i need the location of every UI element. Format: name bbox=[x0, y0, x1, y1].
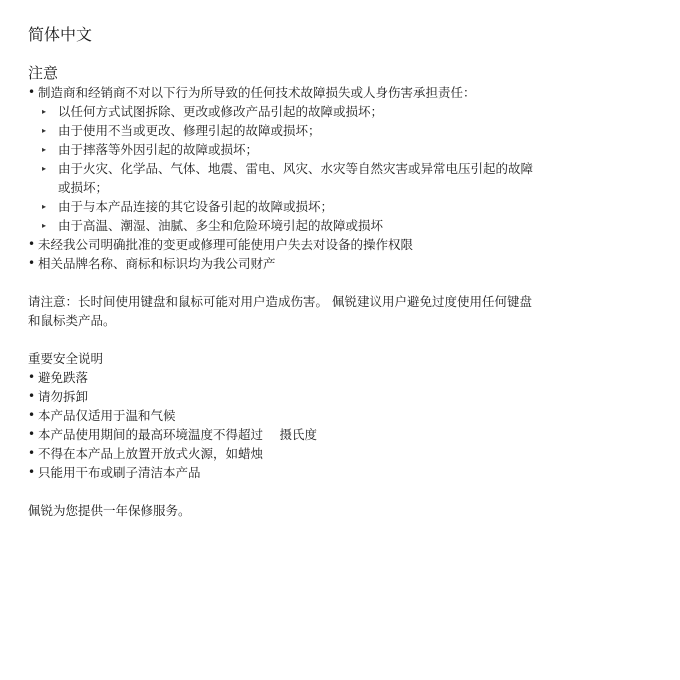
notice-item: • 制造商和经销商不对以下行为所导致的任何技术故障损失或人身伤害承担责任： bbox=[28, 83, 658, 102]
safety-item: • 本产品仅适用于温和气候 bbox=[28, 406, 658, 425]
triangle-bullet-icon: ▸ bbox=[42, 121, 58, 140]
triangle-bullet-icon: ▸ bbox=[42, 216, 58, 235]
safety-item: • 本产品使用期间的最高环境温度不得超过 摄氏度 bbox=[28, 425, 658, 444]
notice-subitem: ▸ 以任何方式试图拆除、更改或修改产品引起的故障或损坏； bbox=[28, 102, 658, 121]
notice-subitem: ▸ 由于摔落等外因引起的故障或损坏； bbox=[28, 140, 658, 159]
bullet-icon: • bbox=[28, 235, 38, 254]
bullet-icon: • bbox=[28, 368, 38, 387]
notice-subitem-continuation: 或损坏； bbox=[28, 178, 658, 197]
bullet-icon: • bbox=[28, 254, 38, 273]
safety-item: • 避免跌落 bbox=[28, 368, 658, 387]
triangle-bullet-icon: ▸ bbox=[42, 197, 58, 216]
notice-subitem: ▸ 由于高温、潮湿、油腻、多尘和危险环境引起的故障或损坏 bbox=[28, 216, 658, 235]
warranty-text: 佩锐为您提供一年保修服务。 bbox=[28, 501, 658, 520]
triangle-bullet-icon: ▸ bbox=[42, 102, 58, 121]
safety-item: • 只能用干布或刷子清洁本产品 bbox=[28, 463, 658, 482]
notice-heading: 注意 bbox=[28, 63, 658, 83]
bullet-icon: • bbox=[28, 406, 38, 425]
bullet-icon: • bbox=[28, 83, 38, 102]
page-title: 简体中文 bbox=[28, 24, 658, 46]
safety-section: 重要安全说明 • 避免跌落 • 请勿拆卸 • 本产品仅适用于温和气候 • 本产品… bbox=[28, 349, 658, 482]
notice-item: • 相关品牌名称、商标和标识均为我公司财产 bbox=[28, 254, 658, 273]
notice-subitem: ▸ 由于使用不当或更改、修理引起的故障或损坏； bbox=[28, 121, 658, 140]
notice-item: • 未经我公司明确批准的变更或修理可能使用户失去对设备的操作权限 bbox=[28, 235, 658, 254]
bullet-icon: • bbox=[28, 425, 38, 444]
safety-item: • 请勿拆卸 bbox=[28, 387, 658, 406]
safety-item: • 不得在本产品上放置开放式火源，如蜡烛 bbox=[28, 444, 658, 463]
bullet-icon: • bbox=[28, 463, 38, 482]
triangle-bullet-icon: ▸ bbox=[42, 159, 58, 178]
manual-page: 简体中文 注意 • 制造商和经销商不对以下行为所导致的任何技术故障损失或人身伤害… bbox=[28, 24, 658, 520]
notice-subitem: ▸ 由于火灾、化学品、气体、地震、雷电、风灾、水灾等自然灾害或异常电压引起的故障 bbox=[28, 159, 658, 178]
notice-subitem: ▸ 由于与本产品连接的其它设备引起的故障或损坏； bbox=[28, 197, 658, 216]
warning-paragraph: 请注意：长时间使用键盘和鼠标可能对用户造成伤害。 佩锐建议用户避免过度使用任何键… bbox=[28, 292, 658, 330]
safety-heading: 重要安全说明 bbox=[28, 349, 658, 368]
triangle-bullet-icon: ▸ bbox=[42, 140, 58, 159]
bullet-icon: • bbox=[28, 444, 38, 463]
bullet-icon: • bbox=[28, 387, 38, 406]
